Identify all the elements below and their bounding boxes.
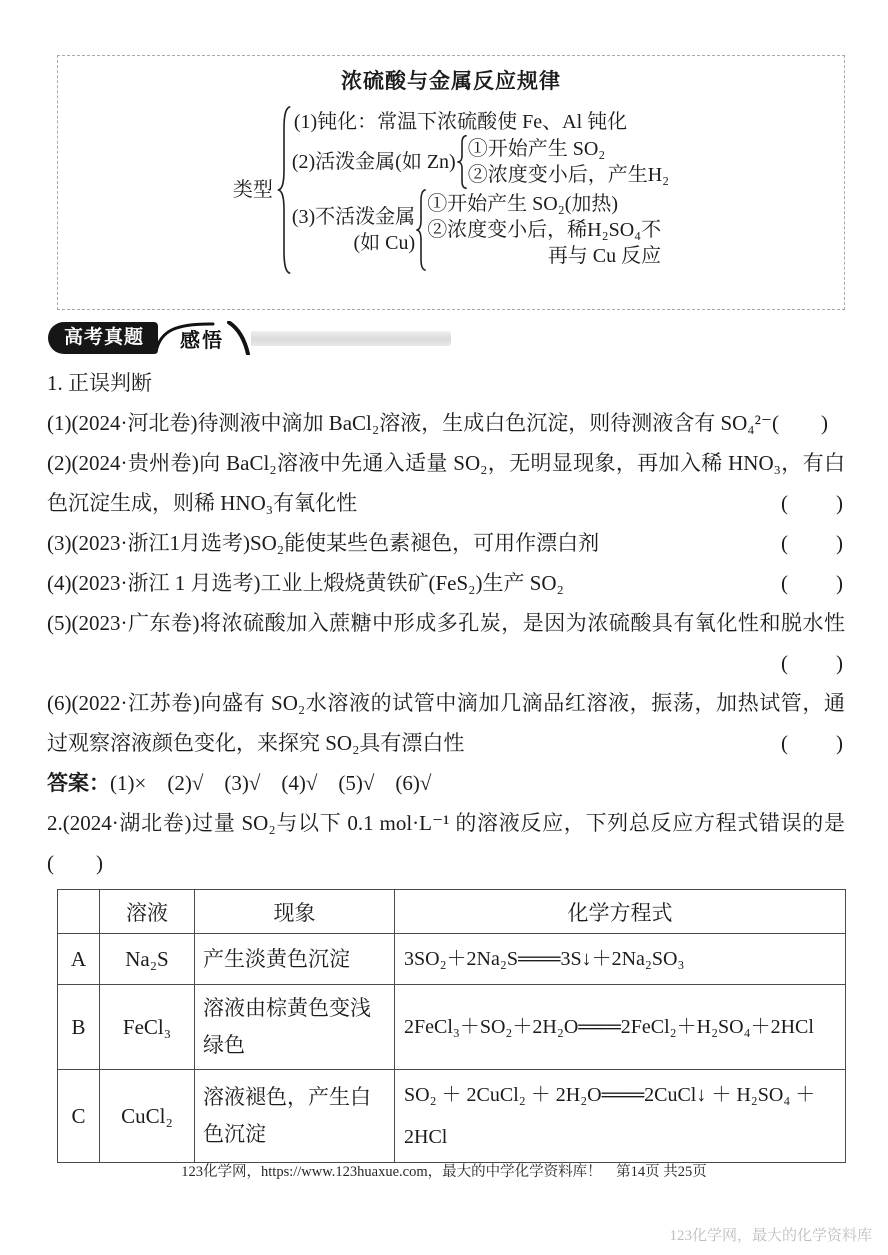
col-header-phenomenon: 现象 [195, 890, 395, 934]
outer-brace-icon [276, 105, 292, 275]
type-item-3-head: (3)不活泼金属 [292, 204, 415, 230]
type-brace-diagram: 类型 (1)钝化：常温下浓硫酸使 Fe、Al 钝化 (2)活泼金属(如 Zn) … [58, 105, 844, 275]
equation-cell: SO₂ ＋ 2CuCl₂ ＋ 2H₂O═══2CuCl↓ ＋ H₂SO₄ ＋ 2… [395, 1070, 846, 1163]
answer-label: 答案： [47, 763, 110, 803]
section-badge: 高考真题 感悟 [48, 321, 451, 355]
type-item-2-sub-2: ②浓度变小后，产生H₂ [468, 162, 669, 188]
col-header-equation: 化学方程式 [395, 890, 846, 934]
type-label: 类型 [233, 177, 273, 203]
type-item-3: (3)不活泼金属 (如 Cu) ①开始产生 SO₂(加热) ②浓度变小后，稀H₂… [292, 189, 669, 271]
type-item-3-sub-1: ①开始产生 SO₂(加热) [427, 191, 661, 217]
summary-box-title: 浓硫酸与金属反应规律 [58, 65, 844, 95]
table-row: B FeCl₃ 溶液由棕黄色变浅绿色 2FeCl₃＋SO₂＋2H₂O═══2Fe… [58, 985, 846, 1070]
solution-cell: Na₂S [100, 934, 195, 985]
col-header-solution: 溶液 [100, 890, 195, 934]
type-item-3-sub-3: 再与 Cu 反应 [427, 243, 661, 269]
table-header-row: 溶液 现象 化学方程式 [58, 890, 846, 934]
questions-section: 1. 正误判断 (1)(2024·河北卷)待测液中滴加 BaCl₂溶液，生成白色… [47, 363, 845, 1163]
inner-brace-icon [415, 189, 427, 271]
option-letter: B [58, 985, 100, 1070]
type-item-2-head: (2)活泼金属(如 Zn) [292, 149, 456, 175]
type-item-3-head-2: (如 Cu) [292, 230, 415, 256]
answer-bracket: ( ) [781, 563, 845, 603]
type-item-2: (2)活泼金属(如 Zn) ①开始产生 SO₂ ②浓度变小后，产生H₂ [292, 135, 669, 189]
q1-item-6-line-1: (6)(2022·江苏卷)向盛有 SO₂水溶液的试管中滴加几滴品红溶液，振荡，加… [47, 683, 845, 723]
col-header-blank [58, 890, 100, 934]
site-watermark: 123化学网，最大的化学资料库 [669, 1224, 872, 1245]
answer-values: (1)× (2)√ (3)√ (4)√ (5)√ (6)√ [110, 763, 431, 803]
inner-brace-icon [456, 135, 468, 189]
q1-item-2-line-1: (2)(2024·贵州卷)向 BaCl₂溶液中先通入适量 SO₂，无明显现象，再… [47, 443, 845, 483]
q1-item-6-line-2: 过观察溶液颜色变化，来探究 SO₂具有漂白性 ( ) [47, 723, 845, 763]
q1-item-5-line-1: (5)(2023·广东卷)将浓硫酸加入蔗糖中形成多孔炭，是因为浓硫酸具有氧化性和… [47, 603, 845, 643]
page-footer: 123化学网，https://www.123huaxue.com，最大的中学化学… [0, 1160, 888, 1181]
equation-cell: 2FeCl₃＋SO₂＋2H₂O═══2FeCl₂＋H₂SO₄＋2HCl [395, 985, 846, 1070]
q1-title: 1. 正误判断 [47, 363, 845, 403]
answer-bracket: ( ) [781, 523, 845, 563]
option-letter: A [58, 934, 100, 985]
solution-cell: CuCl₂ [100, 1070, 195, 1163]
q1-item-2-line-2: 色沉淀生成，则稀 HNO₃有氧化性 ( ) [47, 483, 845, 523]
phenomenon-cell: 溶液由棕黄色变浅绿色 [195, 985, 395, 1070]
type-item-3-sub-2: ②浓度变小后，稀H₂SO₄不 [427, 217, 661, 243]
document-page: 浓硫酸与金属反应规律 类型 (1)钝化：常温下浓硫酸使 Fe、Al 钝化 (2)… [0, 0, 888, 1255]
options-table: 溶液 现象 化学方程式 A Na₂S 产生淡黄色沉淀 3SO₂＋2Na₂S═══… [57, 889, 846, 1163]
q2-stem-line-2: ( ) [47, 843, 845, 883]
option-letter: C [58, 1070, 100, 1163]
q2-stem-line-1: 2.(2024·湖北卷)过量 SO₂与以下 0.1 mol·L⁻¹ 的溶液反应，… [47, 803, 845, 843]
phenomenon-cell: 溶液褪色，产生白色沉淀 [195, 1070, 395, 1163]
q1-item-1: (1)(2024·河北卷)待测液中滴加 BaCl₂溶液，生成白色沉淀，则待测液含… [47, 403, 845, 443]
answer-bracket: ( ) [781, 723, 845, 763]
q1-item-4: (4)(2023·浙江 1 月选考)工业上煅烧黄铁矿(FeS₂)生产 SO₂ (… [47, 563, 845, 603]
type-item-2-sub-1: ①开始产生 SO₂ [468, 136, 669, 162]
solution-cell: FeCl₃ [100, 985, 195, 1070]
answer-bracket: ( ) [781, 483, 845, 523]
badge-gradient-bar [239, 331, 451, 346]
q1-item-5-line-2: ( ) [47, 643, 845, 683]
badge-primary-label: 高考真题 [48, 322, 158, 354]
summary-box: 浓硫酸与金属反应规律 类型 (1)钝化：常温下浓硫酸使 Fe、Al 钝化 (2)… [57, 55, 845, 310]
table-row: A Na₂S 产生淡黄色沉淀 3SO₂＋2Na₂S═══3S↓＋2Na₂SO₃ [58, 934, 846, 985]
equation-cell: 3SO₂＋2Na₂S═══3S↓＋2Na₂SO₃ [395, 934, 846, 985]
type-item-1: (1)钝化：常温下浓硫酸使 Fe、Al 钝化 [292, 109, 669, 135]
q1-answer-line: 答案： (1)× (2)√ (3)√ (4)√ (5)√ (6)√ [47, 763, 845, 803]
answer-bracket: ( ) [781, 643, 845, 683]
q1-item-3: (3)(2023·浙江1月选考)SO₂能使某些色素褪色，可用作漂白剂 ( ) [47, 523, 845, 563]
phenomenon-cell: 产生淡黄色沉淀 [195, 934, 395, 985]
badge-secondary-label: 感悟 [153, 321, 251, 355]
table-row: C CuCl₂ 溶液褪色，产生白色沉淀 SO₂ ＋ 2CuCl₂ ＋ 2H₂O═… [58, 1070, 846, 1163]
